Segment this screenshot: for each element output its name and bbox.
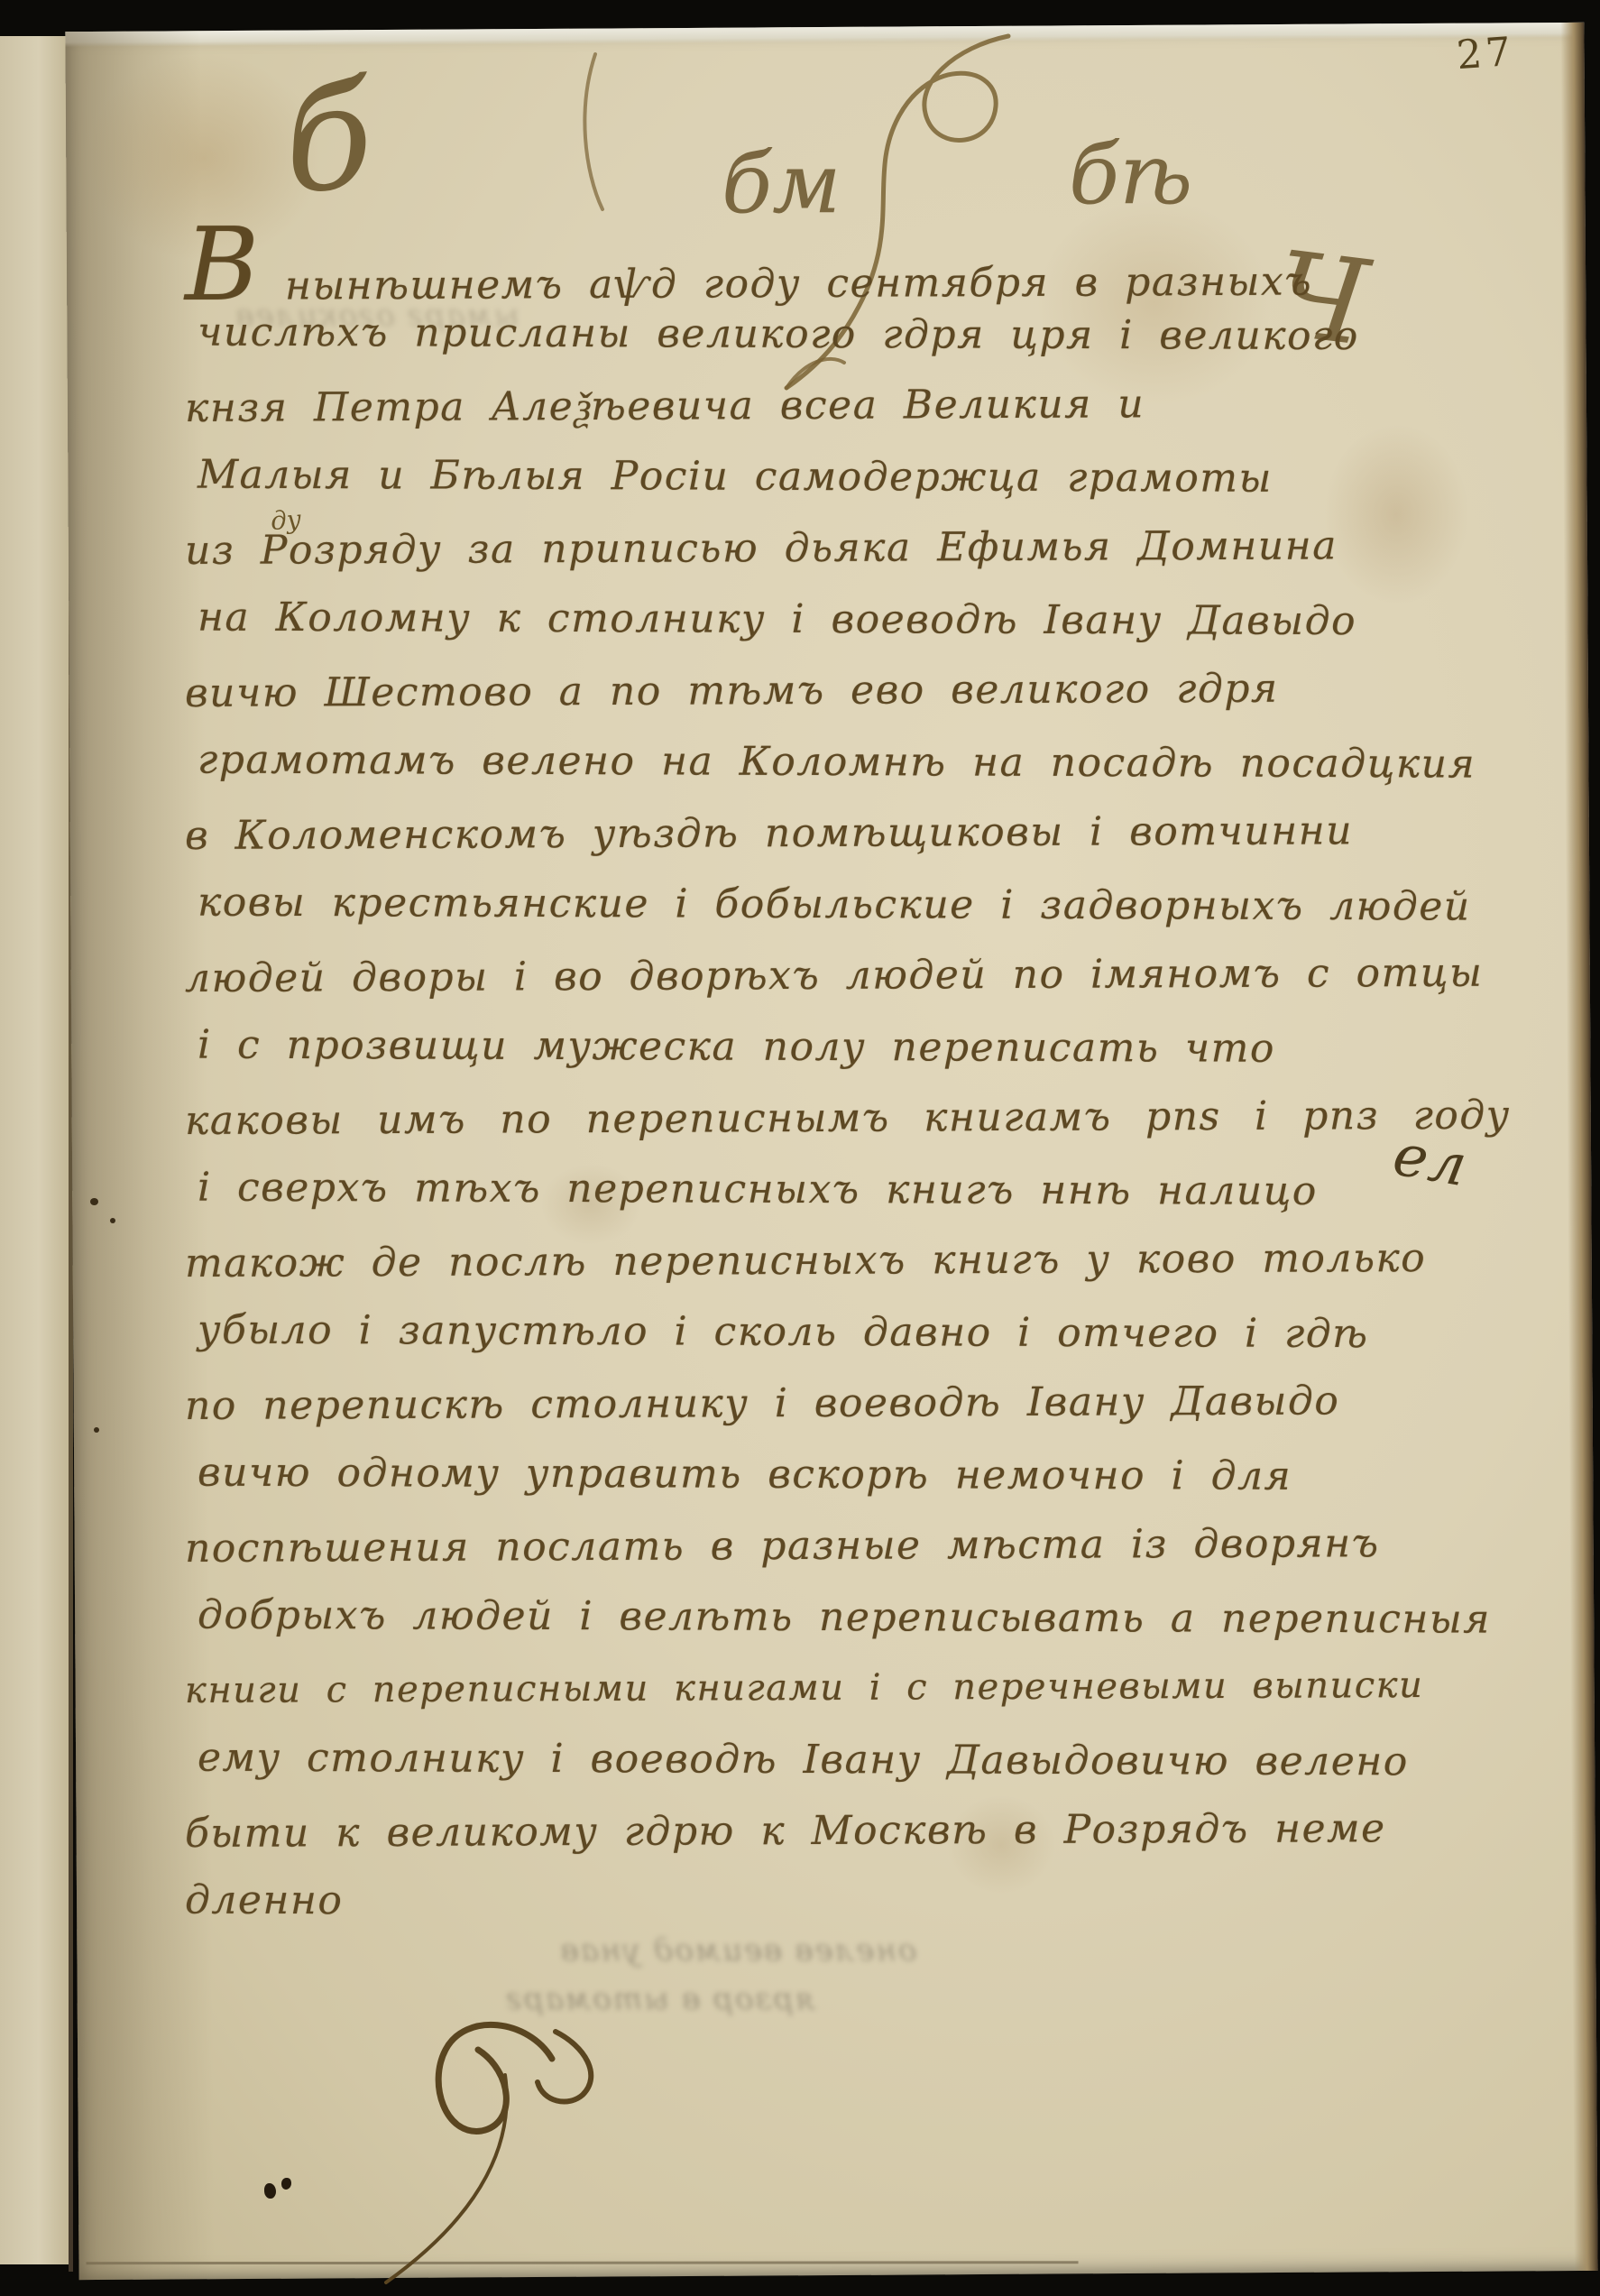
manuscript-scan: онелев веимод унав ярзор в ытомарг ымарг… bbox=[0, 0, 1600, 2296]
manuscript-line: і сверхъ тѣхъ переписныхъ книгъ ннѣ нали… bbox=[198, 1152, 1430, 1228]
manuscript-line: Малыя и Бѣлыя Росіи самодержца грамоты bbox=[198, 439, 1430, 515]
manuscript-line: грамотамъ велено на Коломнѣ на посадѣ по… bbox=[198, 724, 1430, 800]
manuscript-line: числѣхъ присланы великого гдря цря і вел… bbox=[198, 297, 1430, 373]
interlinear-correction: ду bbox=[270, 504, 302, 536]
manuscript-line: в Коломенскомъ уѣздѣ помѣщиковы і вотчин… bbox=[185, 795, 1430, 871]
manuscript-line: також де послѣ переписныхъ книгъ у ково … bbox=[185, 1222, 1430, 1299]
manuscript-line: каковы имъ по переписнымъ книгамъ рпѕ і … bbox=[185, 1080, 1430, 1157]
ascender-flourish: б bbox=[277, 51, 380, 226]
manuscript-line: поспѣшения послать в разные мѣста із дво… bbox=[185, 1508, 1430, 1584]
manuscript-line: быти к великому гдрю к Москвѣ в Розрядъ … bbox=[185, 1793, 1430, 1869]
folio-number: 27 bbox=[1455, 29, 1515, 78]
previous-folio-edge bbox=[0, 36, 70, 2264]
text-block: В нынѣшнемъ аѱд году сентября в разныхъч… bbox=[185, 227, 1430, 1938]
manuscript-line: людей дворы і во дворѣхъ людей по імяном… bbox=[185, 937, 1430, 1014]
verso-showthrough: ярзор в ытомарг bbox=[505, 1981, 815, 2017]
manuscript-line: дленно bbox=[185, 1865, 1430, 1941]
manuscript-line: убыло і запустѣло і сколь давно і отчего… bbox=[198, 1295, 1430, 1370]
manuscript-line: вичю Шестово а по тѣмъ ево великого гдря bbox=[185, 652, 1430, 729]
ink-blot bbox=[264, 2183, 276, 2199]
manuscript-line: вичю одному управить вскорѣ немочно і дл… bbox=[198, 1437, 1430, 1513]
page-fore-edge bbox=[1560, 23, 1597, 2271]
manuscript-line: по перепискѣ столнику і воеводѣ Івану Да… bbox=[185, 1365, 1430, 1442]
ascender-flourish: бм bbox=[722, 135, 841, 232]
manuscript-line: добрыхъ людей і велѣть переписывать а пе… bbox=[198, 1580, 1430, 1655]
manuscript-line: из Розряду за приписью дьяка Ефимья Домн… bbox=[185, 510, 1430, 586]
manuscript-line: ему столнику і воеводѣ Івану Давыдовичю … bbox=[198, 1722, 1430, 1798]
ascender-flourish: бѣ bbox=[1069, 126, 1192, 223]
manuscript-line: і с прозвищи мужеска полу переписать что bbox=[198, 1010, 1430, 1085]
manuscript-line: В нынѣшнемъ аѱд году сентября в разныхъ bbox=[185, 225, 1430, 301]
worm-hole bbox=[110, 1218, 115, 1223]
manuscript-line: книги с переписными книгами і с перечнев… bbox=[185, 1650, 1430, 1727]
worm-hole bbox=[90, 1198, 98, 1205]
manuscript-line: на Коломну к столнику і воеводѣ Івану Да… bbox=[198, 582, 1430, 658]
page-bottom-edge bbox=[87, 2261, 1079, 2264]
manuscript-line: кнзя Петра Алеѯѣевича всеа Великия и bbox=[185, 367, 1430, 444]
manuscript-line: ковы крестьянские і бобыльские і задворн… bbox=[198, 867, 1430, 943]
worm-hole bbox=[94, 1427, 99, 1433]
